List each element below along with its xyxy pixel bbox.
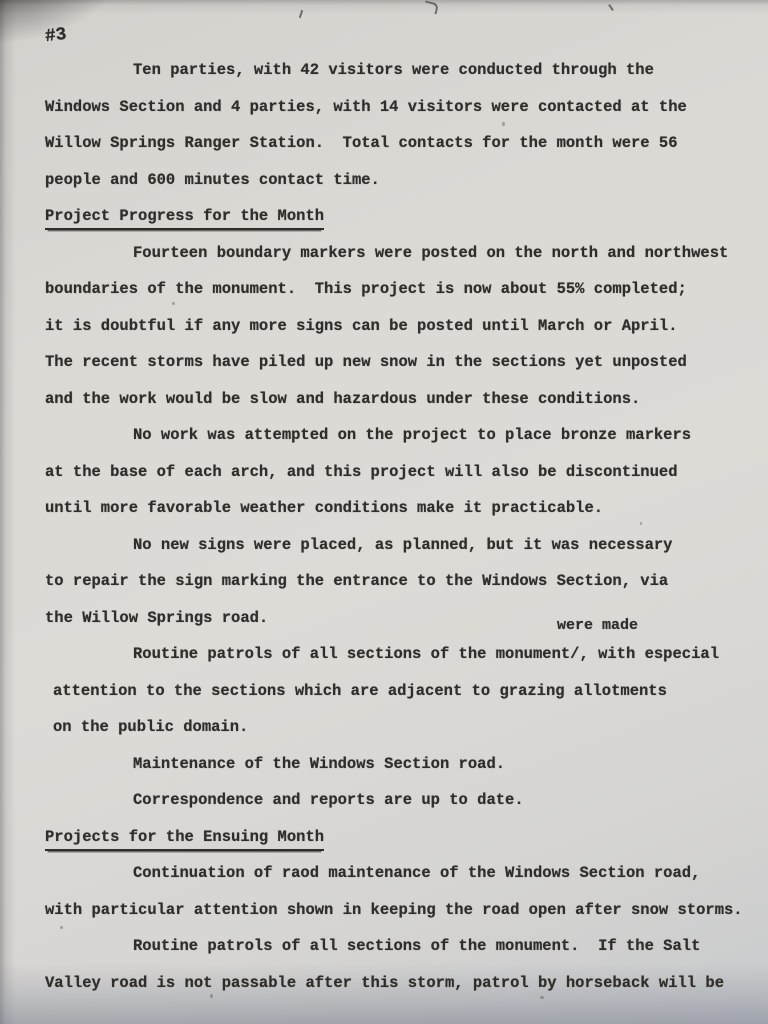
typed-line: Valley road is not passable after this s… (45, 965, 760, 1002)
typewritten-text-body: Ten parties, with 42 visitors were condu… (45, 52, 760, 1001)
typed-line: boundaries of the monument. This project… (45, 271, 760, 308)
paper-speck (210, 994, 213, 998)
typed-line: at the base of each arch, and this proje… (45, 454, 760, 491)
typed-line: Routine patrols of all sections of the m… (45, 928, 760, 965)
typed-line: it is doubtful if any more signs can be … (45, 308, 760, 345)
typed-line: on the public domain. (45, 709, 760, 746)
paper-mark (299, 10, 303, 18)
paper-speck (540, 996, 544, 999)
section-heading: Project Progress for the Month (45, 198, 760, 235)
typed-line: Correspondence and reports are up to dat… (45, 782, 760, 819)
typed-line: Routine patrols of all sections of the m… (45, 636, 760, 673)
paper-speck (60, 926, 63, 929)
typed-line: Willow Springs Ranger Station. Total con… (45, 125, 760, 162)
typed-line: attention to the sections which are adja… (45, 673, 760, 710)
typed-line: the Willow Springs road. (45, 600, 760, 637)
typed-line: with particular attention shown in keepi… (45, 892, 760, 929)
typed-line: No new signs were placed, as planned, bu… (45, 527, 760, 564)
typed-line: The recent storms have piled up new snow… (45, 344, 760, 381)
typed-line: Ten parties, with 42 visitors were condu… (45, 52, 760, 89)
paper-mark (423, 0, 439, 14)
paper-speck (172, 302, 175, 305)
typed-line: Fourteen boundary markers were posted on… (45, 235, 760, 272)
typed-line: Windows Section and 4 parties, with 14 v… (45, 89, 760, 126)
typed-line: No work was attempted on the project to … (45, 417, 760, 454)
paper-speck (502, 122, 505, 126)
scanned-document-page: #3 Ten parties, with 42 visitors were co… (0, 0, 768, 1024)
typed-line: and the work would be slow and hazardous… (45, 381, 760, 418)
typed-line: to repair the sign marking the entrance … (45, 563, 760, 600)
paper-mark (608, 4, 614, 11)
section-heading: Projects for the Ensuing Month (45, 819, 760, 856)
paper-speck (76, 104, 79, 107)
page-number: #3 (44, 25, 68, 47)
typed-line: Maintenance of the Windows Section road. (45, 746, 760, 783)
typed-line: Continuation of raod maintenance of the … (45, 855, 760, 892)
typed-line: until more favorable weather conditions … (45, 490, 760, 527)
typed-line: people and 600 minutes contact time. (45, 162, 760, 199)
paper-speck (640, 522, 642, 525)
